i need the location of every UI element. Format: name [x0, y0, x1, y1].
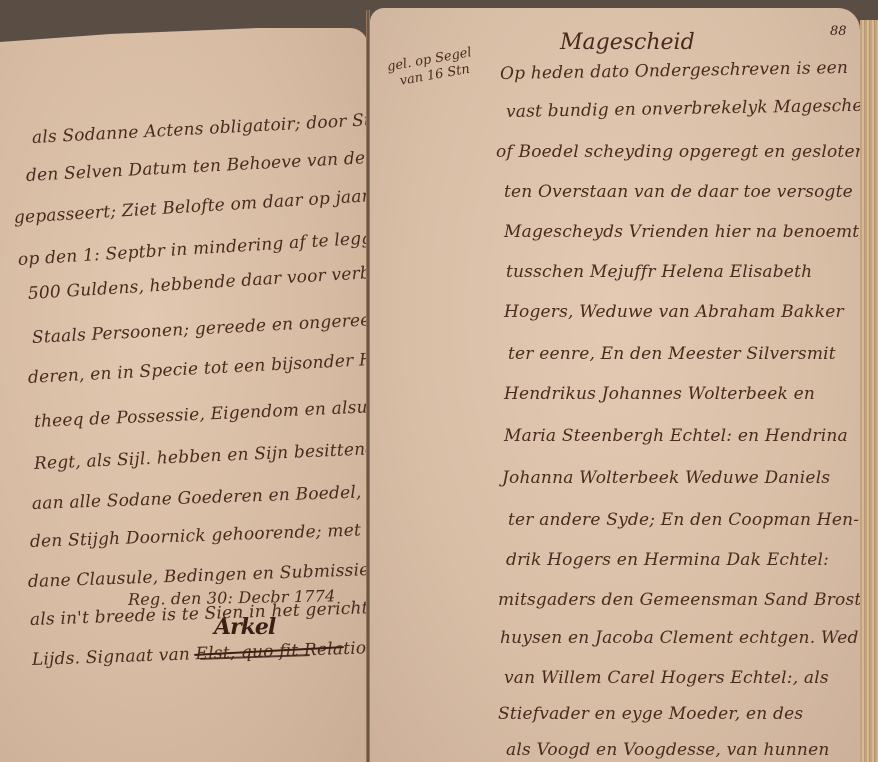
book-spread: als Sodanne Actens obligatoir; door Staa…: [0, 0, 878, 762]
right-line: huysen en Jacoba Clement echtgen. Weduwe: [500, 628, 860, 648]
right-line: Hogers, Weduwe van Abraham Bakker: [504, 302, 844, 322]
right-line: ten Overstaan van de daar toe versogte: [504, 182, 853, 202]
right-page: 88 Magescheid gel. op Segel van 16 Stn O…: [370, 8, 860, 762]
section-heading: Magescheid: [560, 30, 695, 55]
page-edges: [860, 20, 878, 762]
left-line: als Sodanne Actens obligatoir; door Staa…: [31, 106, 368, 148]
right-line: vast bundig en onverbrekelyk Magescheyd: [506, 95, 860, 122]
right-line: ter eenre, En den Meester Silversmit: [508, 344, 836, 364]
right-line: Op heden dato Ondergeschreven is een: [500, 58, 848, 84]
registrar-signature: Arkel: [214, 614, 275, 640]
right-line: drik Hogers en Hermina Dak Echtel:: [506, 550, 829, 570]
right-line: ter andere Syde; En den Coopman Hen-: [508, 510, 859, 530]
page-number: 88: [830, 24, 847, 39]
right-line: of Boedel scheyding opgeregt en gesloten: [496, 142, 860, 162]
left-line: aan alle Sodane Goederen en Boedel, tot: [32, 481, 368, 514]
right-line: Johanna Wolterbeek Weduwe Daniels: [502, 468, 830, 488]
right-line: Magescheyds Vrienden hier na benoemt,: [504, 222, 860, 242]
left-line: 500 Guldens, hebbende daar voor verbonde…: [27, 260, 368, 304]
right-line: als Voogd en Voogdesse, van hunnen: [506, 740, 830, 760]
registration-date: Reg. den 30: Decbr 1774: [128, 586, 336, 609]
margin-note: gel. op Segel van 16 Stn: [386, 45, 476, 91]
right-line: mitsgaders den Gemeensman Sand Brosten,: [498, 590, 860, 610]
left-line: den Stijgh Doornick gehoorende; met soo-: [30, 519, 368, 552]
left-page: als Sodanne Actens obligatoir; door Staa…: [0, 28, 368, 762]
right-line: Stiefvader en eyge Moeder, en des: [498, 704, 803, 724]
left-line: op den 1: Septbr in mindering af te legg…: [17, 227, 368, 270]
left-line: Staals Persoonen; gereede en ongereede G…: [31, 307, 368, 348]
left-line: den Selven Datum ten Behoeve van den Hoo…: [25, 144, 368, 186]
right-line: van Willem Carel Hogers Echtel:, als: [504, 668, 829, 688]
left-line: Regt, als Sijl. hebben en Sijn besittend…: [34, 439, 368, 474]
left-line: gepasseert; Ziet Belofte om daar op jaar…: [13, 185, 368, 228]
left-line: theeq de Possessie, Eigendom en alsulk: [34, 397, 368, 432]
right-line: tusschen Mejuffr Helena Elisabeth: [506, 262, 812, 282]
left-line: deren, en in Specie tot een bijsonder Hy…: [27, 348, 368, 388]
right-line: Maria Steenbergh Echtel: en Hendrina: [504, 426, 848, 446]
right-line: Hendrikus Johannes Wolterbeek en: [504, 384, 815, 404]
